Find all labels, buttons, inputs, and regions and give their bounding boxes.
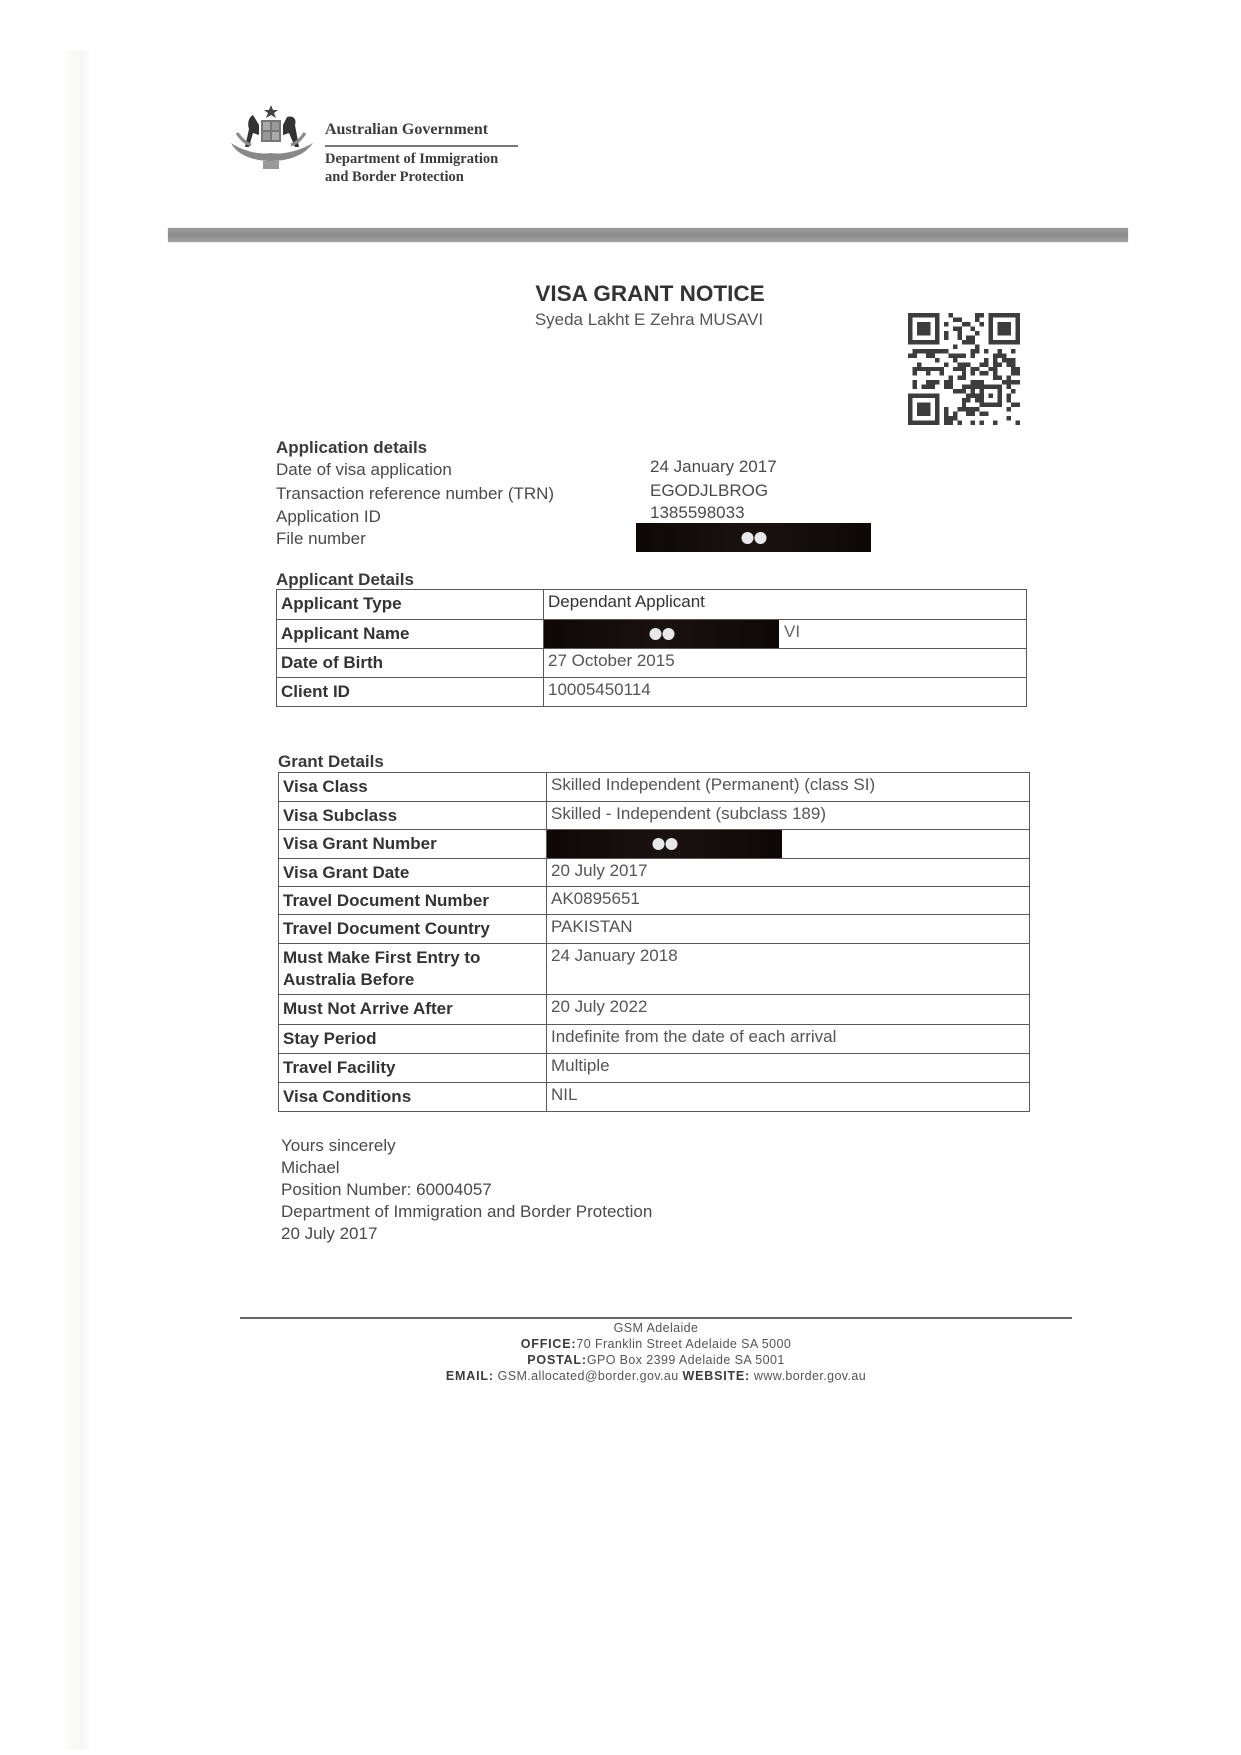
table-row: Must Not Arrive After 20 July 2022 (279, 995, 1030, 1025)
trn-label: Transaction reference number (TRN) (276, 484, 554, 504)
header-bar (168, 228, 1128, 242)
first-entry-before-value: 24 January 2018 (547, 944, 1030, 995)
footer-contact: EMAIL: GSM.allocated@border.gov.au WEBSI… (0, 1369, 1241, 1383)
application-date-value: 24 January 2017 (650, 457, 777, 477)
application-date-label: Date of visa application (276, 460, 452, 480)
stay-period-label: Stay Period (279, 1025, 547, 1054)
email-link[interactable]: GSM.allocated@border.gov.au (498, 1369, 679, 1383)
table-row: Client ID 10005450114 (277, 678, 1027, 707)
header-divider (325, 145, 518, 147)
email-label: EMAIL: (446, 1369, 494, 1383)
applicant-type-label: Applicant Type (277, 590, 544, 620)
application-details-heading: Application details (276, 438, 427, 458)
travel-document-number-value: AK0895651 (547, 887, 1030, 915)
visa-grant-date-value: 20 July 2017 (547, 859, 1030, 887)
applicant-name-suffix: VI (784, 621, 800, 643)
visa-class-value: Skilled Independent (Permanent) (class S… (547, 773, 1030, 802)
website-link[interactable]: www.border.gov.au (754, 1369, 866, 1383)
applicant-name-value: VI (544, 620, 1027, 649)
travel-facility-label: Travel Facility (279, 1054, 547, 1083)
visa-grant-number-label: Visa Grant Number (279, 830, 547, 859)
trn-value: EGODJLBROG (650, 481, 768, 501)
visa-grant-date-label: Visa Grant Date (279, 859, 547, 887)
applicant-details-heading: Applicant Details (276, 570, 414, 590)
department-name-line2: and Border Protection (325, 169, 464, 186)
table-row: Visa Class Skilled Independent (Permanen… (279, 773, 1030, 802)
postal-label: POSTAL: (527, 1353, 587, 1367)
table-row: Stay Period Indefinite from the date of … (279, 1025, 1030, 1054)
table-row: Travel Document Number AK0895651 (279, 887, 1030, 915)
table-row: Visa Subclass Skilled - Independent (sub… (279, 802, 1030, 830)
office-value: 70 Franklin Street Adelaide SA 5000 (576, 1337, 791, 1351)
signatory-name: Michael (281, 1158, 340, 1178)
must-not-arrive-after-label: Must Not Arrive After (279, 995, 547, 1025)
signatory-department: Department of Immigration and Border Pro… (281, 1202, 652, 1222)
visa-subclass-label: Visa Subclass (279, 802, 547, 830)
first-entry-before-label: Must Make First Entry to Australia Befor… (279, 944, 547, 995)
government-name: Australian Government (325, 121, 488, 139)
footer-office-name: GSM Adelaide (0, 1321, 1241, 1335)
closing: Yours sincerely (281, 1136, 396, 1156)
travel-document-number-label: Travel Document Number (279, 887, 547, 915)
footer-divider (240, 1317, 1072, 1319)
visa-grant-number-redaction (547, 830, 782, 858)
table-row: Applicant Type Dependant Applicant (277, 590, 1027, 620)
grant-details-table: Visa Class Skilled Independent (Permanen… (278, 772, 1030, 1112)
department-name-line1: Department of Immigration (325, 151, 498, 168)
client-id-value: 10005450114 (544, 678, 1027, 707)
document-title: VISA GRANT NOTICE (0, 281, 1241, 307)
travel-document-country-label: Travel Document Country (279, 915, 547, 944)
table-row: Visa Conditions NIL (279, 1083, 1030, 1112)
website-label: WEBSITE: (683, 1369, 751, 1383)
applicant-details-table: Applicant Type Dependant Applicant Appli… (276, 589, 1027, 707)
footer-office-address: OFFICE:70 Franklin Street Adelaide SA 50… (0, 1337, 1241, 1351)
table-row: Visa Grant Date 20 July 2017 (279, 859, 1030, 887)
qr-code-icon (908, 313, 1020, 425)
applicant-name-label: Applicant Name (277, 620, 544, 649)
must-not-arrive-after-value: 20 July 2022 (547, 995, 1030, 1025)
file-number-label: File number (276, 529, 366, 549)
date-of-birth-label: Date of Birth (277, 649, 544, 678)
visa-subclass-value: Skilled - Independent (subclass 189) (547, 802, 1030, 830)
application-id-value: 1385598033 (650, 503, 745, 523)
table-row: Must Make First Entry to Australia Befor… (279, 944, 1030, 995)
grant-details-heading: Grant Details (278, 752, 384, 772)
visa-grant-number-value (547, 830, 1030, 859)
file-number-redaction (636, 523, 871, 552)
visa-conditions-label: Visa Conditions (279, 1083, 547, 1112)
office-label: OFFICE: (521, 1337, 577, 1351)
application-id-label: Application ID (276, 507, 381, 527)
visa-class-label: Visa Class (279, 773, 547, 802)
table-row: Travel Facility Multiple (279, 1054, 1030, 1083)
travel-document-country-value: PAKISTAN (547, 915, 1030, 944)
postal-value: GPO Box 2399 Adelaide SA 5001 (587, 1353, 785, 1367)
coat-of-arms-icon (223, 103, 319, 175)
table-row: Visa Grant Number (279, 830, 1030, 859)
table-row: Travel Document Country PAKISTAN (279, 915, 1030, 944)
applicant-name-redaction (544, 620, 779, 648)
visa-conditions-value: NIL (547, 1083, 1030, 1112)
table-row: Applicant Name VI (277, 620, 1027, 649)
applicant-type-value: Dependant Applicant (544, 590, 1027, 620)
date-of-birth-value: 27 October 2015 (544, 649, 1027, 678)
client-id-label: Client ID (277, 678, 544, 707)
table-row: Date of Birth 27 October 2015 (277, 649, 1027, 678)
recipient-name: Syeda Lakht E Zehra MUSAVI (0, 310, 1241, 330)
signatory-position: Position Number: 60004057 (281, 1180, 492, 1200)
footer-postal-address: POSTAL:GPO Box 2399 Adelaide SA 5001 (0, 1353, 1241, 1367)
signature-date: 20 July 2017 (281, 1224, 377, 1244)
stay-period-value: Indefinite from the date of each arrival (547, 1025, 1030, 1054)
travel-facility-value: Multiple (547, 1054, 1030, 1083)
